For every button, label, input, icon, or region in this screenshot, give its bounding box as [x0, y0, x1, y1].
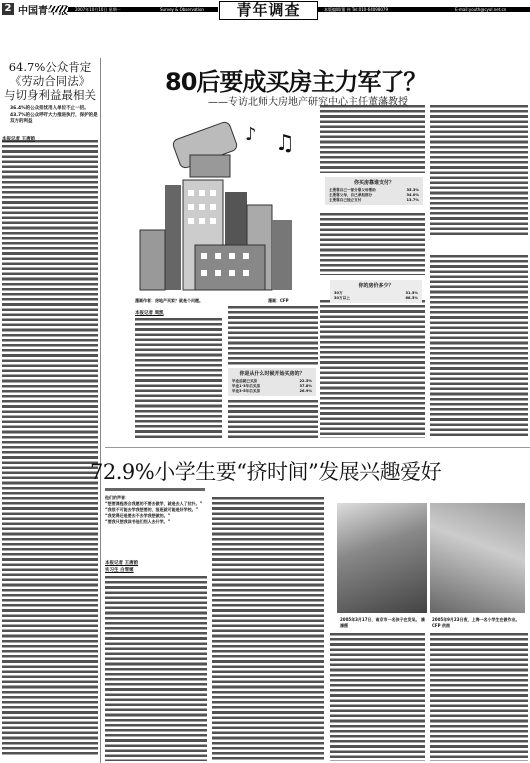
photo1-caption-text: 2005年3月17日，南京市一名孩子在发呆。 [340, 617, 419, 622]
photo-child-thinking [337, 503, 427, 613]
hatch-decoration [50, 6, 68, 12]
poll-title: 你的房价多少？ [334, 282, 418, 289]
column-divider [100, 58, 101, 763]
photo2-caption: 2005年9月23日夜，上海一名小学生在做作业。 CFP 供图 [432, 617, 527, 629]
main-story-body-col3 [320, 105, 425, 173]
poll-value: 68.5% [406, 296, 418, 301]
poll-row: 主要靠自己独立支付13.7% [329, 198, 419, 203]
quotes-box: 他们的声音： “想要课程表合我愿的不要去做学，就是去人了拉扑。” “我很不可能去… [105, 495, 205, 525]
second-story-body-col1 [105, 576, 207, 761]
main-story-byline: 本报记者 周凯 [135, 310, 164, 316]
second-story-body-col2 [212, 497, 324, 761]
main-story-body-col3b [320, 213, 425, 275]
left-story-lead: 36.4%的公众担忧用人单位不止一招。43.7%的公众呼吁大力推进执行，保护的是… [2, 106, 98, 126]
poll-label: 毕业3-5年后买房 [232, 389, 260, 394]
issue-date: 2007年10月10日 星期一 [75, 7, 121, 12]
quote-item: “要我只想我读书他们别人去什学。” [105, 519, 205, 525]
left-story-body [2, 140, 98, 755]
main-story-body-col4 [430, 105, 528, 235]
left-story: 64.7%公众肯定 《劳动合同法》 与切身利益最相关 36.4%的公众担忧用人单… [2, 60, 98, 142]
poll-box-price: 你的房价多少？ 30万31.5% 30万以上68.5% [330, 280, 422, 303]
main-story-body-col4b [430, 255, 528, 438]
second-story-body-col3 [330, 633, 425, 761]
second-headline: 72.9%小学生要“挤时间”发展兴趣爱好 [90, 456, 441, 486]
main-story-body-col3c [320, 300, 425, 438]
illustration-houses-music: ♪ ♫ [135, 120, 295, 295]
masthead: 2 中国青年报 2007年10月10日 星期一 Survey & Observa… [0, 0, 530, 22]
photo2-credit: CFP 供图 [432, 623, 450, 628]
main-headline: 80后要成买房主力军了？ [165, 62, 426, 97]
second-byline-2: 实习生 白雪姬 [105, 567, 134, 573]
poll-label: 主要靠自己独立支付 [329, 198, 361, 203]
photo1-caption: 2005年3月17日，南京市一名孩子在发呆。 潘潘摄 [340, 617, 428, 629]
poll-value: 13.7% [407, 198, 419, 203]
poll-label: 30万以上 [334, 296, 350, 301]
left-story-title-3: 与切身利益最相关 [2, 88, 98, 102]
section-title: 青年调查 [219, 1, 318, 20]
left-story-title-2: 《劳动合同法》 [2, 74, 98, 88]
svg-text:♫: ♫ [275, 131, 295, 156]
story-divider [105, 447, 530, 448]
contact-email: E-mail:youth@cyol.net.cn [455, 7, 506, 12]
second-story-body-col4 [430, 633, 528, 761]
editor-info: 本版编辑/董 伟 Tel:010-64098079 [324, 7, 388, 12]
second-byline-1: 本报记者 王唐韵 [105, 560, 138, 566]
main-story-body-col2 [228, 306, 318, 366]
poll-row: 毕业3-5年后买房26.9% [232, 389, 312, 394]
poll-box-payment: 你买房靠谁支付？ 主要靠自己一部分靠父母帮助35.3% 主要靠父母，自己承担部分… [325, 177, 423, 205]
poll-title: 你买房靠谁支付？ [329, 179, 419, 186]
left-story-title-1: 64.7%公众肯定 [2, 60, 98, 74]
poll-value: 26.9% [300, 389, 312, 394]
photo-child-yawning [430, 503, 525, 613]
section-en: Survey & Observation [160, 7, 204, 12]
poll-row: 30万以上68.5% [334, 296, 418, 301]
poll-box-timing: 你是从什么时候开始买房的？ 毕业前就已买房22.5% 毕业1-3年后买房37.8… [228, 368, 316, 396]
page-number: 2 [2, 3, 14, 15]
quote-rule [105, 488, 205, 491]
main-story-body-col2b [228, 400, 318, 438]
poll-title: 你是从什么时候开始买房的？ [232, 370, 312, 377]
photo2-caption-text: 2005年9月23日夜，上海一名小学生在做作业。 [432, 617, 519, 622]
main-story-body-col1 [135, 318, 222, 438]
illustration-credit: 漫画：CFP [268, 298, 289, 304]
svg-text:♪: ♪ [245, 124, 257, 145]
illustration-caption: 漫画作者：房地产买家？就是个问题。 [135, 298, 203, 304]
